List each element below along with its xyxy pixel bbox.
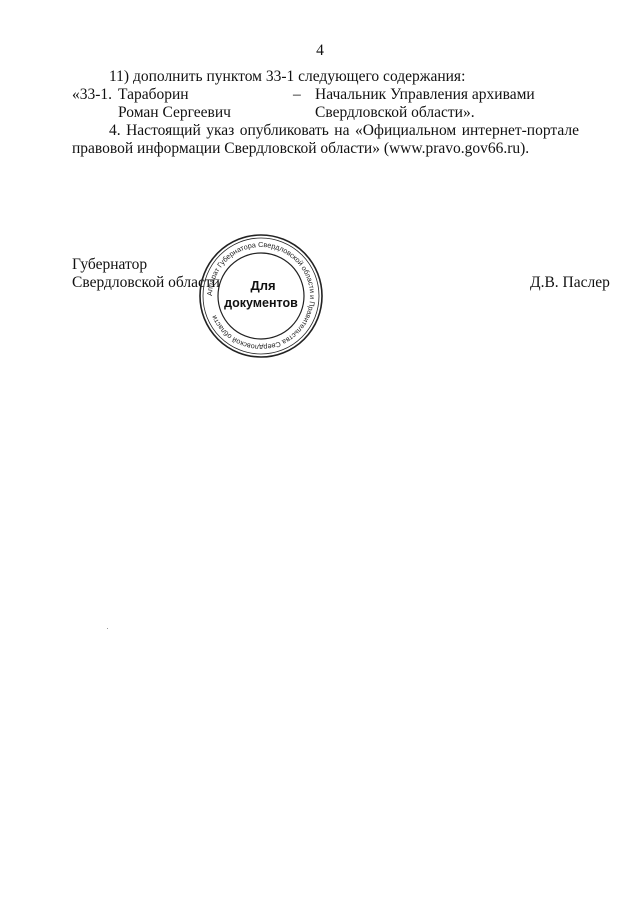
stamp-center-line2: документов [224, 296, 298, 310]
page-number: 4 [0, 42, 640, 60]
entry-surname: Тараборин [118, 86, 189, 104]
item-4-line2: правовой информации Свердловской области… [72, 140, 529, 158]
scan-speck [107, 628, 108, 629]
entry-position-line2: Свердловской области». [315, 104, 475, 122]
entry-dash: – [293, 86, 301, 104]
signature-title-line1: Губернатор [72, 256, 147, 274]
entry-given-names: Роман Сергеевич [118, 104, 231, 122]
entry-position-line1: Начальник Управления архивами [315, 86, 535, 104]
item-11-text: 11) дополнить пунктом 33-1 следующего со… [109, 68, 465, 86]
item-4-line1: 4. Настоящий указ опубликовать на «Офици… [109, 122, 579, 140]
entry-number: «33-1. [72, 86, 112, 104]
signature-name: Д.В. Паслер [530, 274, 610, 292]
stamp-center-line1: Для [250, 278, 275, 293]
official-stamp: Аппарат Губернатора Свердловской области… [197, 232, 325, 360]
